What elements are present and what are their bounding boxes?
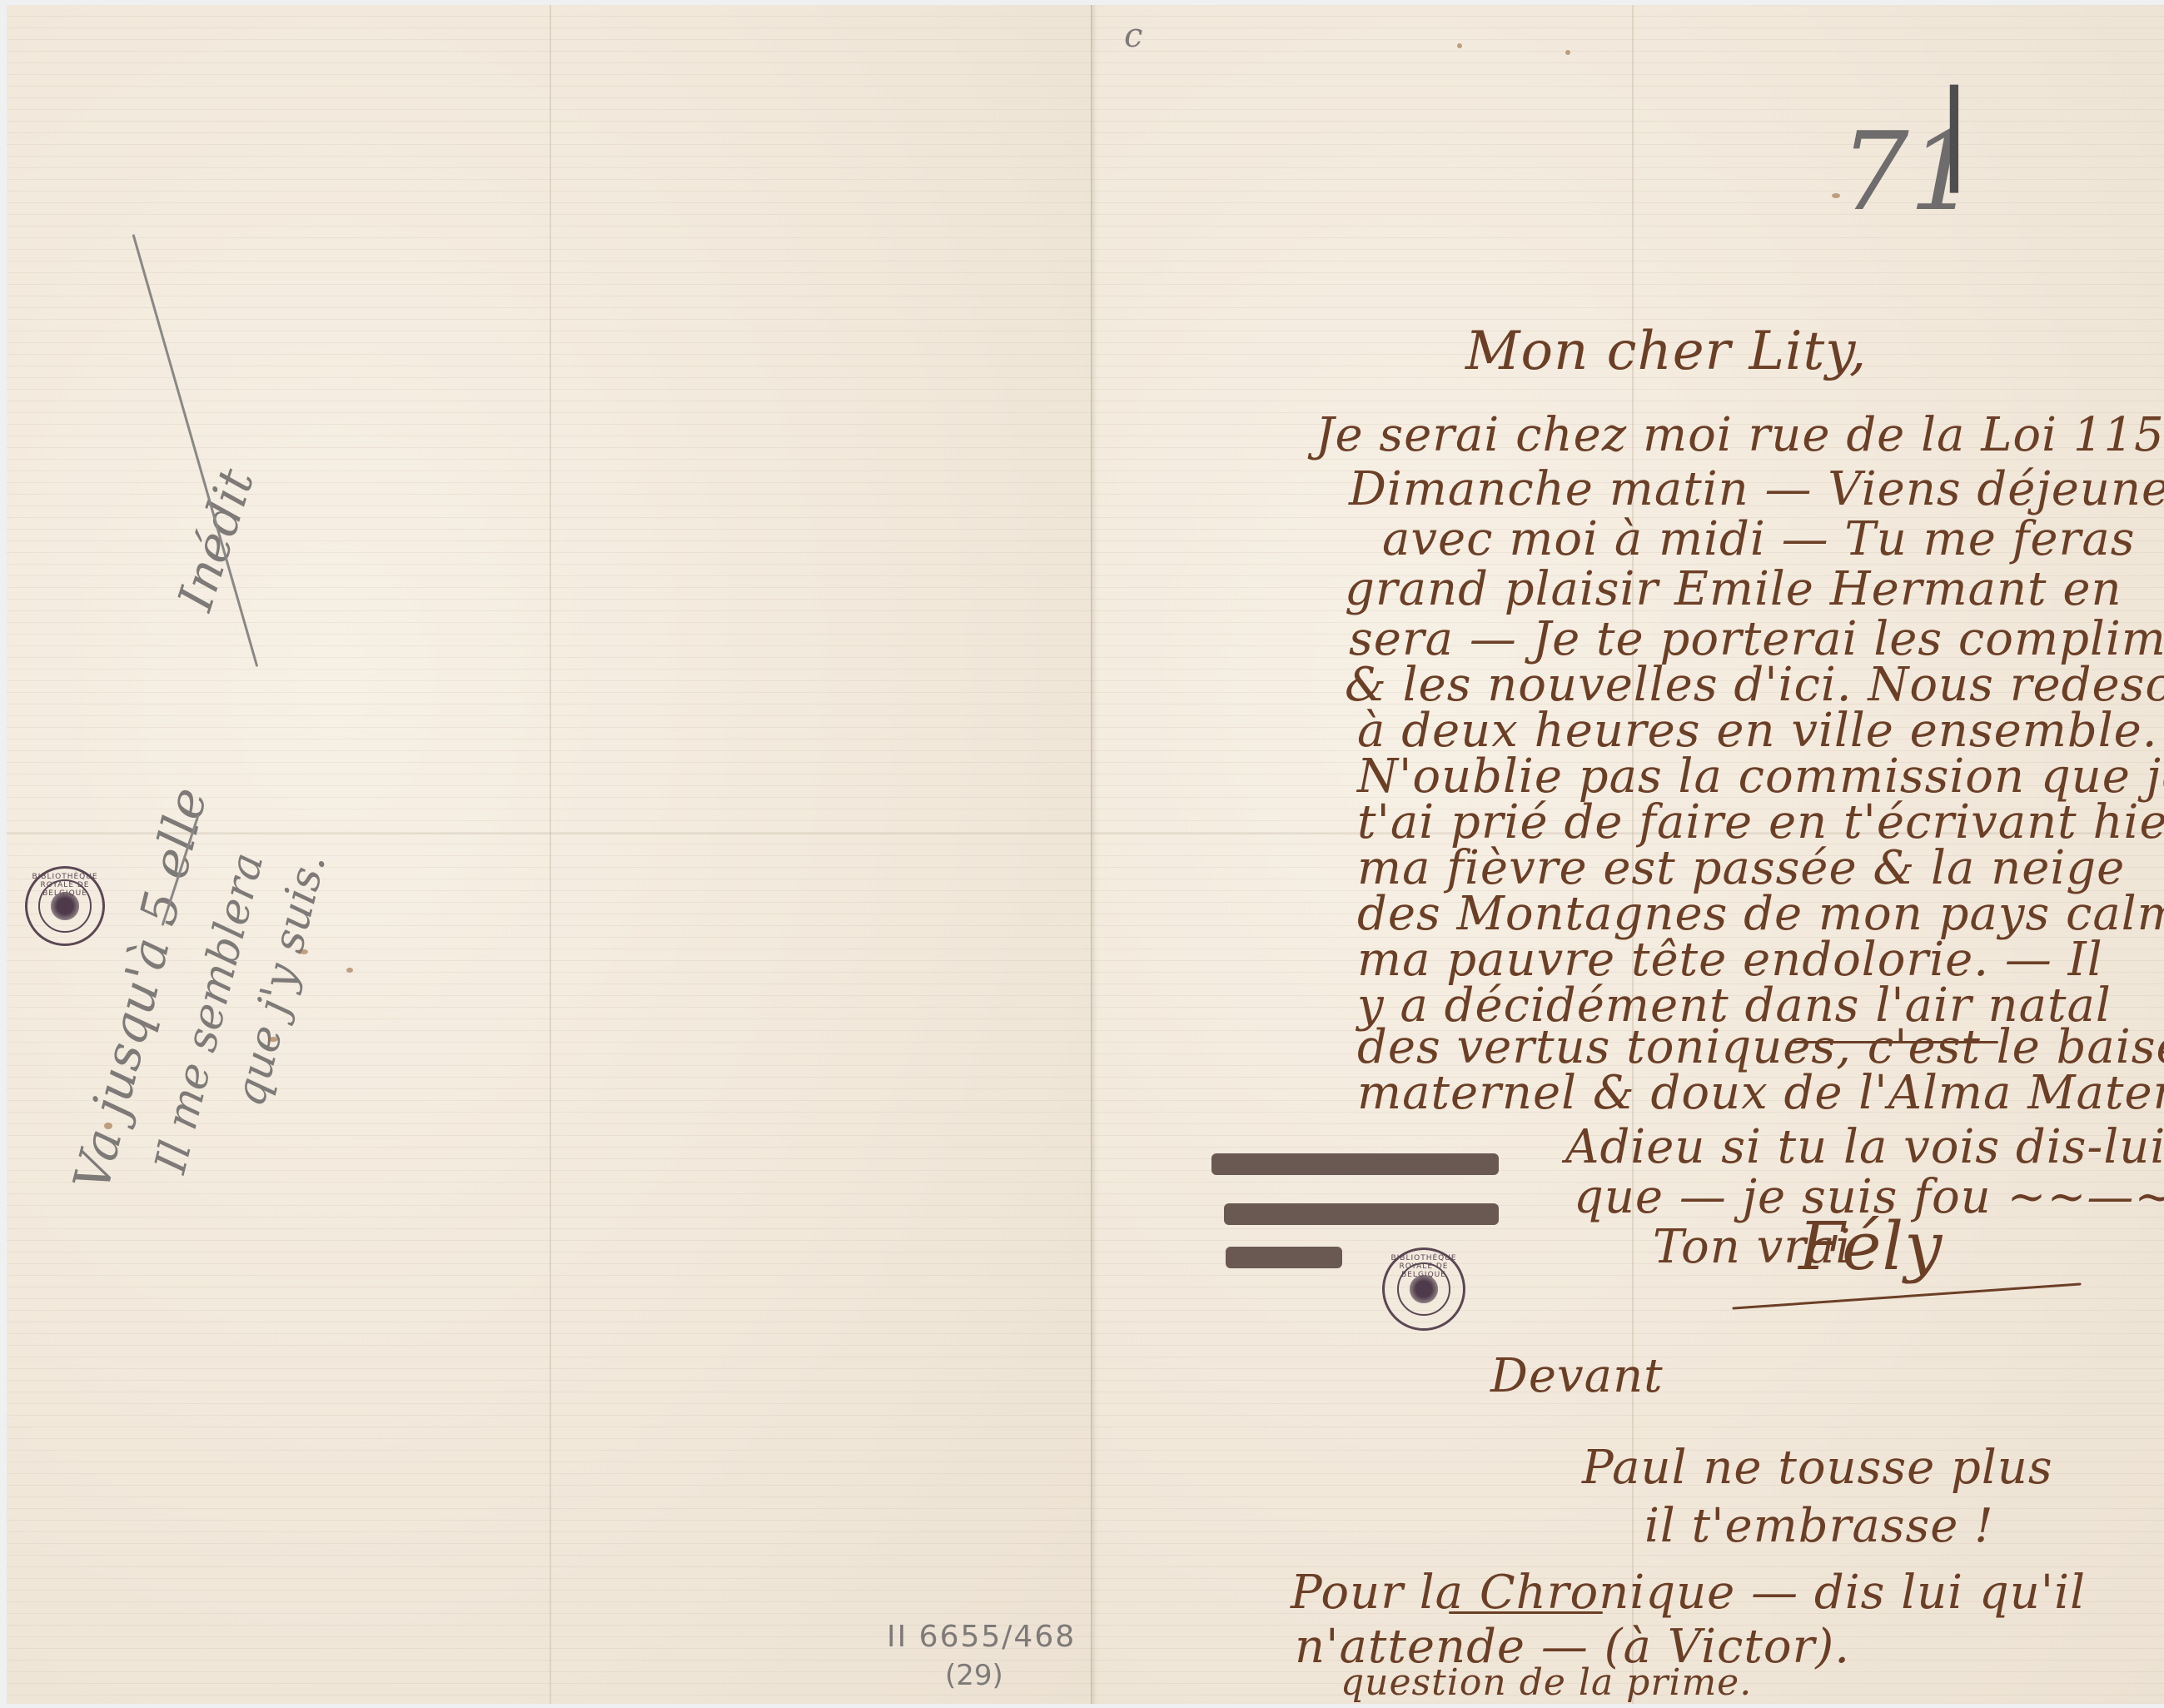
- postscript-line: Paul ne tousse plus: [1582, 1441, 2053, 1495]
- body-line: grand plaisir Emile Hermant en: [1345, 562, 2122, 616]
- ink-spot: [300, 949, 308, 954]
- ink-spot: [346, 968, 353, 973]
- corner-mark: c: [1124, 17, 1142, 55]
- library-stamp-left: BIBLIOTHÈQUE ROYALE DE BELGIQUE: [25, 866, 105, 946]
- body-line: avec moi à midi — Tu me feras: [1382, 512, 2135, 566]
- struck-out-line-1: [1211, 1153, 1499, 1175]
- foxing-spot: [1457, 43, 1462, 48]
- body-line: Dimanche matin — Viens déjeuner: [1349, 462, 2164, 516]
- lion-crest-icon: [1410, 1275, 1438, 1303]
- postscript-line: Devant: [1490, 1349, 1664, 1403]
- foxing-spot: [1565, 50, 1570, 55]
- salutation: Mon cher Lity,: [1465, 321, 1867, 382]
- struck-out-line-3: [1226, 1247, 1342, 1268]
- stamp-text: BIBLIOTHÈQUE ROYALE DE BELGIQUE: [1385, 1254, 1463, 1279]
- postscript-line: il t'embrasse !: [1644, 1499, 1994, 1553]
- folio-mark: |: [1936, 67, 1972, 193]
- signature: Fély: [1798, 1208, 1943, 1285]
- ink-spot: [268, 1037, 278, 1042]
- archive-call-number: II 6655/468: [887, 1620, 1076, 1654]
- body-line: Je serai chez moi rue de la Loi 115: [1316, 408, 2164, 462]
- ink-spot: [104, 1123, 112, 1129]
- archive-sub-number: (29): [945, 1659, 1003, 1692]
- postscript-line: Pour la Chronique — dis lui qu'il: [1291, 1566, 2086, 1620]
- alma-mater-underline: [1790, 1041, 1998, 1043]
- struck-out-line-2: [1224, 1203, 1499, 1225]
- stamp-text: BIBLIOTHÈQUE ROYALE DE BELGIQUE: [27, 873, 102, 898]
- body-line: maternel & doux de l'Alma Mater.: [1357, 1066, 2164, 1120]
- closing-line: Adieu si tu la vois dis-lui: [1565, 1120, 2164, 1174]
- chronique-underline: [1449, 1611, 1603, 1614]
- foxing-spot: [1832, 193, 1840, 198]
- library-stamp-right: BIBLIOTHÈQUE ROYALE DE BELGIQUE: [1382, 1247, 1465, 1331]
- vertical-fold-left: [550, 5, 551, 1704]
- postscript-line: question de la prime.: [1341, 1661, 1752, 1704]
